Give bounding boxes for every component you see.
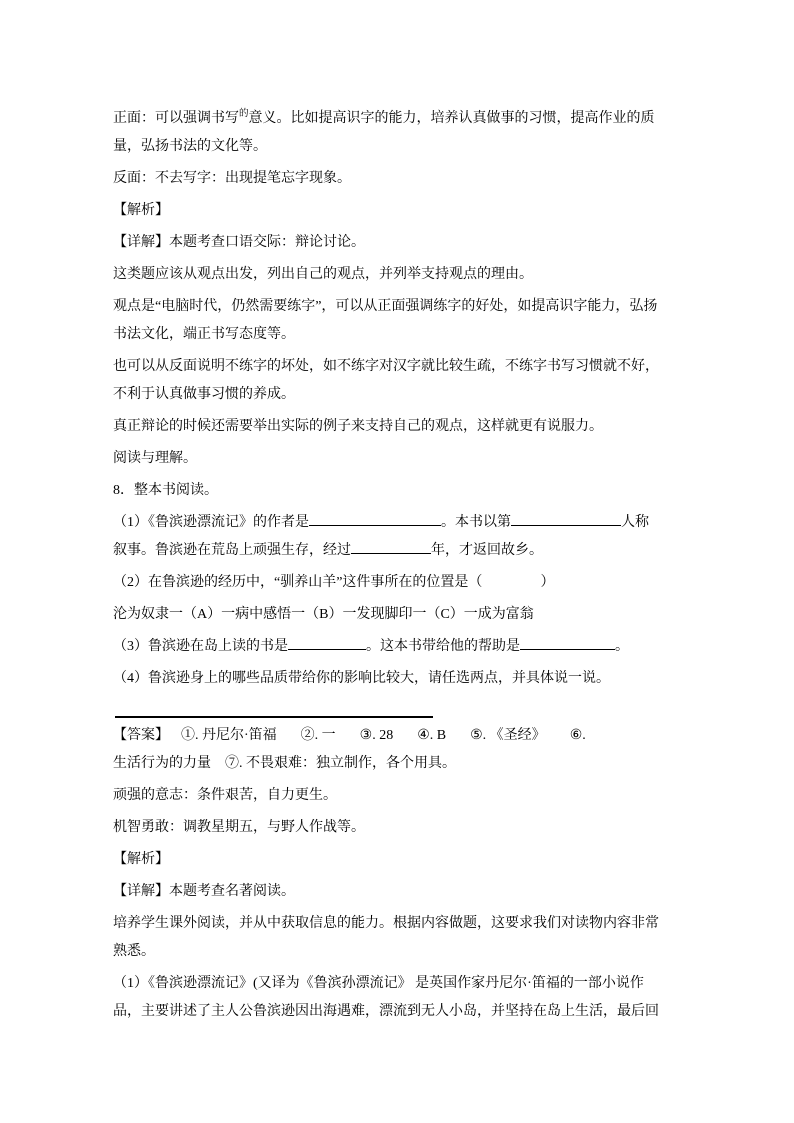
q7-point2-line-2: 书法文化，端正书写态度等。 <box>113 321 684 349</box>
q8-answer-line-1: 【答案】①. 丹尼尔·笛福②. 一③. 28④. B⑤. 《圣经》⑥. <box>113 722 684 750</box>
answer-item-5: ⑤. 《圣经》 <box>470 728 546 743</box>
fill-in-blank <box>511 510 621 526</box>
q8-explain2-line-2: 品，主要讲述了主人公鲁滨逊因出海遇难，漂流到无人小岛，并坚持在岛上生活，最后回 <box>113 998 684 1026</box>
q8-part2-line: （2）在鲁滨逊的经历中，“驯养山羊”这件事所在的位置是（） <box>113 569 684 597</box>
answer-rule-row <box>113 697 684 718</box>
fill-in-blank <box>520 634 615 650</box>
q7-point3-paragraph: 也可以从反面说明不练字的坏处，如不练字对汉字就比较生疏，不练字书写习惯就不好， … <box>113 353 684 409</box>
q8-part2-pre: （2）在鲁滨逊的经历中，“驯养山羊”这件事所在的位置是（ <box>113 575 482 590</box>
q7-positive-line-2: 量，弘扬书法的文化等。 <box>113 133 684 161</box>
q8-answer-quality-2: 顽强的意志：条件艰苦，自力更生。 <box>113 782 684 810</box>
q8-part2-close: ） <box>540 575 554 590</box>
q8-part1-pre: （1）《鲁滨逊漂流记》的作者是 <box>113 515 309 530</box>
q7-point2-line-1: 观点是“电脑时代，仍然需要练字”，可以从正面强调练字的好处，如提高识字能力，弘扬 <box>113 293 684 321</box>
q7-point3-line-1: 也可以从反面说明不练字的坏处，如不练字对汉字就比较生疏，不练字书写习惯就不好， <box>113 353 684 381</box>
q7-detail-line: 【详解】本题考查口语交际：辩论讨论。 <box>113 229 684 257</box>
q7-point3-line-2: 不利于认真做事习惯的养成。 <box>113 381 684 409</box>
answer-label: 【答案】 <box>113 728 169 743</box>
q7-analysis-label: 【解析】 <box>113 197 684 225</box>
q8-explain2-line-1: （1）《鲁滨逊漂流记》(又译为《鲁滨孙漂流记》 是英国作家丹尼尔·笛福的一部小说… <box>113 970 684 998</box>
q8-part3-mid: 。这本书带给他的帮助是 <box>366 639 520 654</box>
q8-part3-pre: （3）鲁滨逊在岛上读的书是 <box>113 639 288 654</box>
q8-title: 8．整本书阅读。 <box>113 477 684 505</box>
q8-explain2-paragraph: （1）《鲁滨逊漂流记》(又译为《鲁滨孙漂流记》 是英国作家丹尼尔·笛福的一部小说… <box>113 970 684 1026</box>
q8-explain1-paragraph: 培养学生课外阅读，并从中获取信息的能力。根据内容做题，这要求我们对读物内容非常 … <box>113 910 684 966</box>
fill-in-blank <box>309 510 441 526</box>
fill-in-blank <box>351 538 431 554</box>
q7-point4: 真正辩论的时候还需要举出实际的例子来支持自己的观点，这样就更有说服力。 <box>113 413 684 441</box>
answer-write-line <box>115 697 433 718</box>
q7-point2-paragraph: 观点是“电脑时代，仍然需要练字”，可以从正面强调练字的好处，如提高识字能力，弘扬… <box>113 293 684 349</box>
q8-part4-line: （4）鲁滨逊身上的哪些品质带给你的影响比较大，请任选两点，并具体说一说。 <box>113 665 684 693</box>
q8-part3-line: （3）鲁滨逊在岛上读的书是。这本书带给他的帮助是。 <box>113 633 684 661</box>
q7-point1: 这类题应该从观点出发，列出自己的观点，并列举支持观点的理由。 <box>113 261 684 289</box>
q7-positive-paragraph: 正面：可以强调书写的意义。比如提高识字的能力，培养认真做事的习惯，提高作业的质 … <box>113 100 684 161</box>
q8-analysis-label: 【解析】 <box>113 846 684 874</box>
q8-explain1-line-2: 熟悉。 <box>113 938 684 966</box>
q8-part1-line2-tail: 年，才返回故乡。 <box>431 543 543 558</box>
fill-in-blank <box>288 634 366 650</box>
q8-part1-paragraph: （1）《鲁滨逊漂流记》的作者是。本书以第人称 叙事。鲁滨逊在荒岛上顽强生存，经过… <box>113 509 684 565</box>
q8-part1-tail: 人称 <box>621 515 649 530</box>
q8-part1-mid: 。本书以第 <box>441 515 511 530</box>
q7-positive-superscript: 的 <box>239 109 249 119</box>
q8-part3-tail: 。 <box>615 639 629 654</box>
answer-item-3: ③. 28 <box>360 728 394 743</box>
q8-explain1-line-1: 培养学生课外阅读，并从中获取信息的能力。根据内容做题，这要求我们对读物内容非常 <box>113 910 684 938</box>
q8-answer-paragraph: 【答案】①. 丹尼尔·笛福②. 一③. 28④. B⑤. 《圣经》⑥. 生活行为… <box>113 722 684 778</box>
q7-negative-line: 反面：不去写字：出现提笔忘字现象。 <box>113 165 684 193</box>
q7-positive-prefix: 正面：可以强调书写 <box>113 111 239 126</box>
q8-answer-line-2: 生活行为的力量⑦. 不畏艰难：独立制作，各个用具。 <box>113 750 684 778</box>
q8-answer-quality-3: 机智勇敢：调教星期五，与野人作战等。 <box>113 814 684 842</box>
q8-part2-options: 沦为奴隶一（A）一病中感悟一（B）一发现脚印一（C）一成为富翁 <box>113 601 684 629</box>
q7-positive-rest: 意义。比如提高识字的能力，培养认真做事的习惯，提高作业的质 <box>249 111 655 126</box>
answer-item-6: ⑥. <box>570 728 586 743</box>
section-heading: 阅读与理解。 <box>113 445 684 473</box>
answer-item-4: ④. B <box>417 728 446 743</box>
answer-item-7: ⑦. 不畏艰难：独立制作，各个用具。 <box>225 756 456 771</box>
q8-part1-line-2: 叙事。鲁滨逊在荒岛上顽强生存，经过年，才返回故乡。 <box>113 537 684 565</box>
document-page: 正面：可以强调书写的意义。比如提高识字的能力，培养认真做事的习惯，提高作业的质 … <box>0 0 794 1123</box>
q8-part1-line-1: （1）《鲁滨逊漂流记》的作者是。本书以第人称 <box>113 509 684 537</box>
answer-item-6-continuation: 生活行为的力量 <box>113 756 211 771</box>
answer-item-1: ①. 丹尼尔·笛福 <box>181 728 277 743</box>
q8-part1-line2-pre: 叙事。鲁滨逊在荒岛上顽强生存，经过 <box>113 543 351 558</box>
answer-item-2: ②. 一 <box>301 728 336 743</box>
q7-positive-line-1: 正面：可以强调书写的意义。比如提高识字的能力，培养认真做事的习惯，提高作业的质 <box>113 100 684 133</box>
q8-detail-line: 【详解】本题考查名著阅读。 <box>113 878 684 906</box>
